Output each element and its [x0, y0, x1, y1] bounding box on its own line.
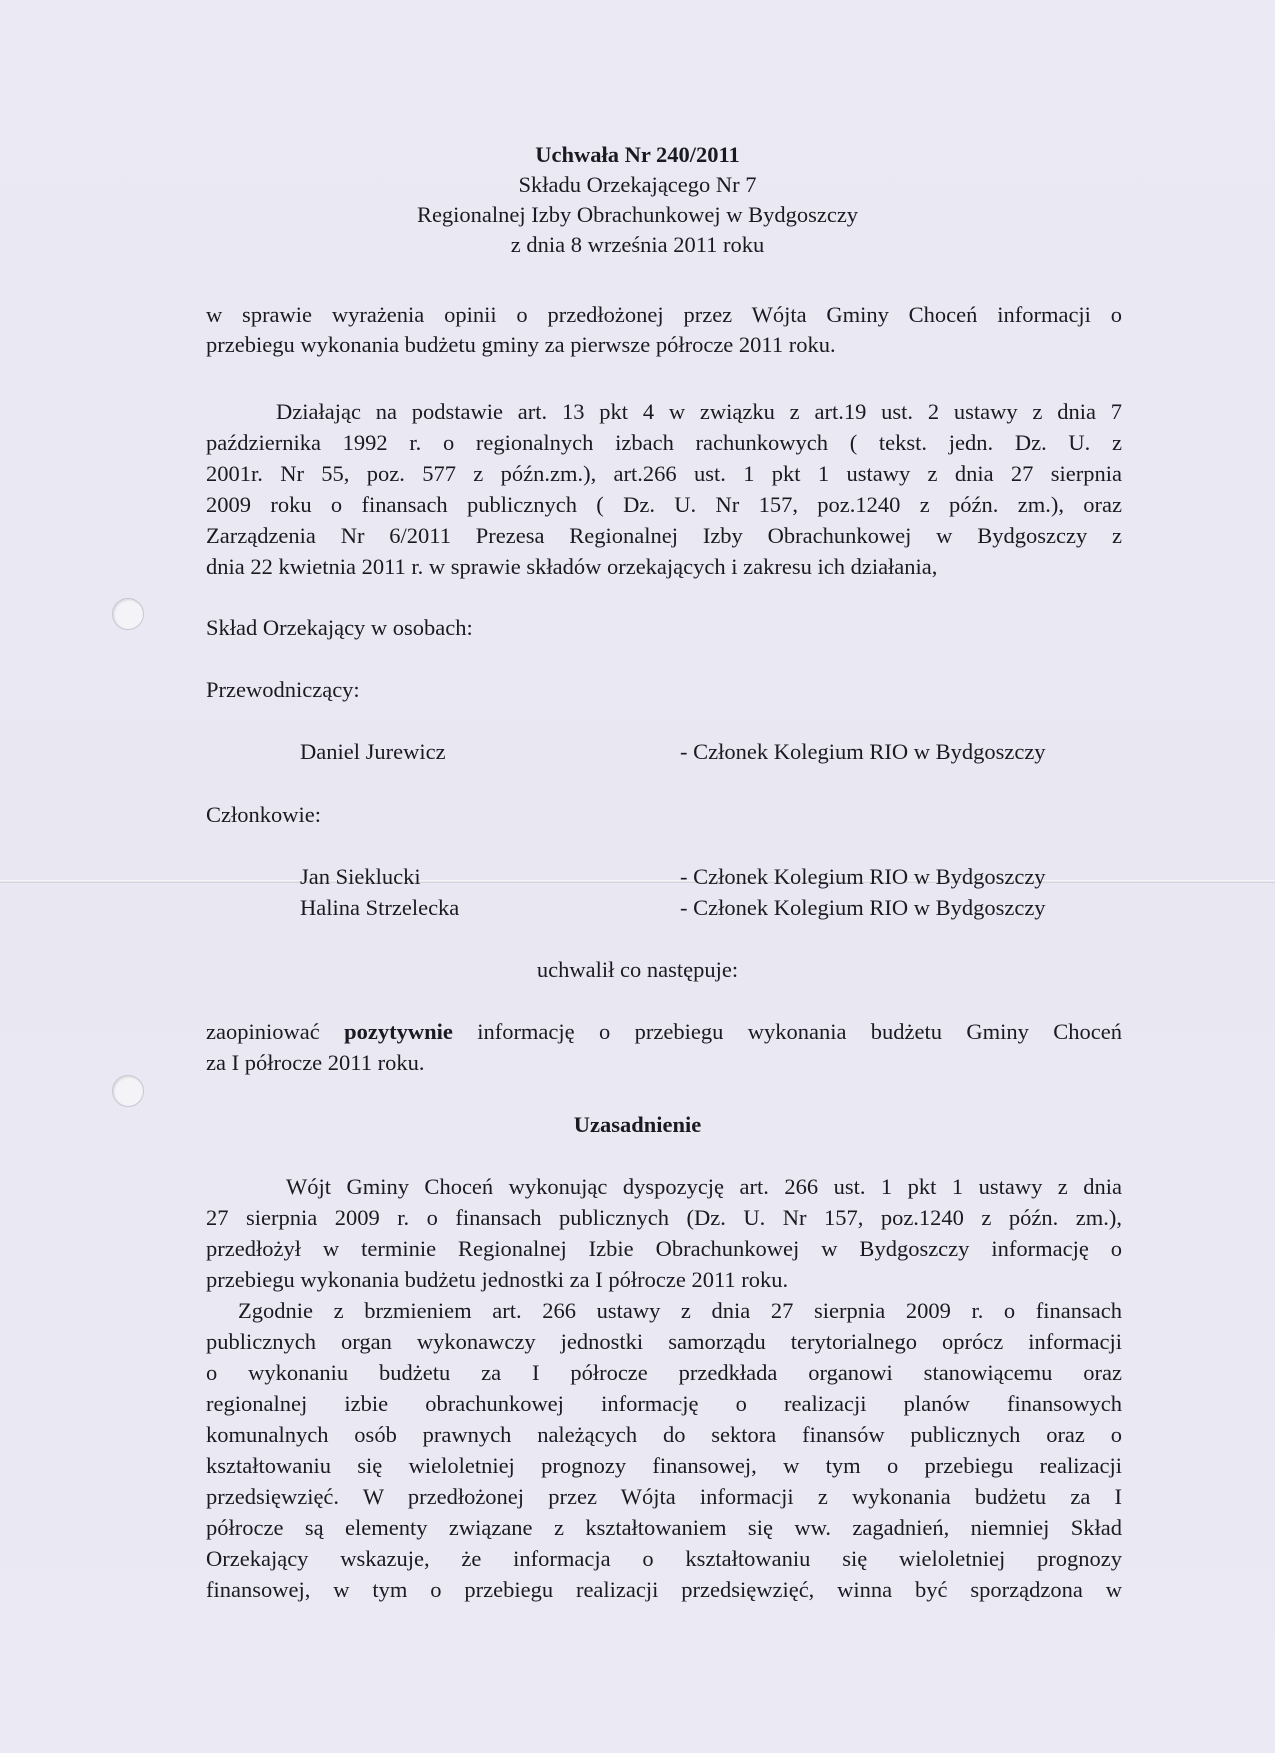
justification-line: publicznych organ wykonawczy jednostki s…	[206, 1327, 1122, 1358]
scanned-page: Uchwała Nr 240/2011 Składu Orzekającego …	[0, 0, 1275, 1753]
member-role: - Członek Kolegium RIO w Bydgoszczy	[680, 862, 1046, 893]
member-role: - Członek Kolegium RIO w Bydgoszczy	[680, 893, 1046, 924]
decision-line: za I półrocze 2011 roku.	[206, 1048, 1122, 1079]
document-header: Uchwała Nr 240/2011 Składu Orzekającego …	[0, 140, 1275, 260]
justification-line: kształtowaniu się wieloletniej prognozy …	[206, 1451, 1122, 1482]
justification-heading: Uzasadnienie	[0, 1110, 1275, 1141]
subject-line: przebiegu wykonania budżetu gminy za pie…	[206, 330, 1122, 361]
justification-line: 27 sierpnia 2009 r. o finansach publiczn…	[206, 1203, 1122, 1234]
chair-role: - Członek Kolegium RIO w Bydgoszczy	[680, 737, 1046, 768]
subject-line: w sprawie wyrażenia opinii o przedłożone…	[206, 300, 1122, 331]
institution-name: Regionalnej Izby Obrachunkowej w Bydgosz…	[0, 200, 1275, 230]
justification-line: półrocze są elementy związane z kształto…	[206, 1513, 1122, 1544]
legal-line: października 1992 r. o regionalnych izba…	[206, 428, 1122, 459]
legal-line: dnia 22 kwietnia 2011 r. w sprawie skład…	[206, 552, 1122, 583]
justification-line: finansowej, w tym o przebiegu realizacji…	[206, 1575, 1122, 1606]
members-label: Członkowie:	[206, 800, 321, 831]
chair-name: Daniel Jurewicz	[300, 737, 446, 768]
decision-emphasis: pozytywnie	[344, 1019, 453, 1044]
decision-text: informację o przebiegu wykonania budżetu…	[453, 1019, 1122, 1044]
punch-hole-bottom	[112, 1075, 144, 1107]
panel-intro: Skład Orzekający w osobach:	[206, 613, 473, 644]
punch-hole-top	[112, 598, 144, 630]
resolution-title: Uchwała Nr 240/2011	[0, 140, 1275, 170]
legal-line: 2009 roku o finansach publicznych ( Dz. …	[206, 490, 1122, 521]
paper-fold-crease	[0, 880, 1275, 883]
legal-line: Działając na podstawie art. 13 pkt 4 w z…	[276, 397, 1122, 428]
justification-line: regionalnej izbie obrachunkowej informac…	[206, 1389, 1122, 1420]
chair-label: Przewodniczący:	[206, 675, 360, 706]
justification-line: przedsięwzięć. W przedłożonej przez Wójt…	[206, 1482, 1122, 1513]
justification-line: Orzekający wskazuje, że informacja o ksz…	[206, 1544, 1122, 1575]
justification-line: Zgodnie z brzmieniem art. 266 ustawy z d…	[238, 1296, 1122, 1327]
justification-line: komunalnych osób prawnych należących do …	[206, 1420, 1122, 1451]
legal-line: 2001r. Nr 55, poz. 577 z późn.zm.), art.…	[206, 459, 1122, 490]
member-name: Jan Sieklucki	[300, 862, 421, 893]
justification-line: przebiegu wykonania budżetu jednostki za…	[206, 1265, 1122, 1296]
legal-line: Zarządzenia Nr 6/2011 Prezesa Regionalne…	[206, 521, 1122, 552]
resolved-statement: uchwalił co następuje:	[0, 955, 1275, 986]
justification-line: o wykonaniu budżetu za I półrocze przedk…	[206, 1358, 1122, 1389]
member-name: Halina Strzelecka	[300, 893, 459, 924]
decision-line: zaopiniować pozytywnie informację o prze…	[206, 1017, 1122, 1048]
resolution-date: z dnia 8 września 2011 roku	[0, 230, 1275, 260]
justification-line: Wójt Gminy Choceń wykonując dyspozycję a…	[286, 1172, 1122, 1203]
decision-text: zaopiniować	[206, 1019, 344, 1044]
panel-number: Składu Orzekającego Nr 7	[0, 170, 1275, 200]
justification-line: przedłożył w terminie Regionalnej Izbie …	[206, 1234, 1122, 1265]
